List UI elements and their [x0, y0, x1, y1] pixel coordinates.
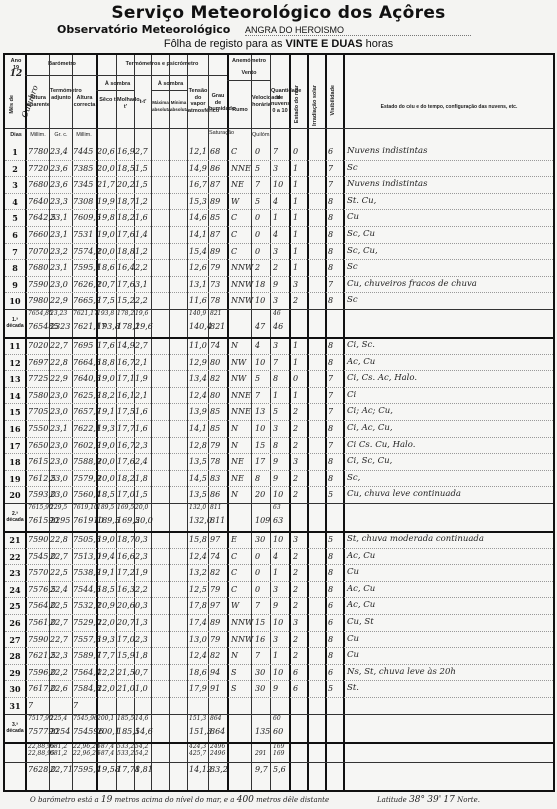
- day-number: 16: [5, 424, 25, 434]
- cell-vel: 10: [255, 358, 265, 367]
- decade-sum: 193,8: [97, 310, 114, 317]
- row-divider: [5, 209, 553, 210]
- cell-molh: 16,3: [117, 585, 135, 594]
- cell-vel: 0: [255, 552, 260, 561]
- cell-vis: 8: [328, 247, 333, 256]
- cell-alt_ap: 7550: [28, 424, 48, 433]
- decade-mean: 63: [273, 516, 283, 525]
- cell-tensao: 14,6: [189, 213, 207, 222]
- cell-rumo: C: [231, 552, 237, 561]
- cell-molh: 17,1: [117, 374, 135, 383]
- cell-term: 23,0: [50, 407, 68, 416]
- cell-diff: 2,3: [135, 552, 148, 561]
- cell-vel: 5: [255, 374, 260, 383]
- cell-mar: 1: [293, 164, 298, 173]
- decade-sum: 20,0: [135, 504, 148, 511]
- cell-vis: 8: [328, 197, 333, 206]
- cell-mar: 3: [293, 280, 298, 289]
- cell-vel: 0: [255, 147, 260, 156]
- cell-nuv: 9: [273, 474, 278, 483]
- unit-1: Millim.: [27, 132, 49, 139]
- cell-rumo: N: [231, 441, 238, 450]
- cell-rumo: NW: [231, 374, 246, 383]
- sky-remark: Ci, Ac, Cu,: [347, 423, 393, 433]
- cell-term: 22,8: [50, 358, 68, 367]
- cell-molh: 16,1: [117, 391, 135, 400]
- total-sum: 54,2: [135, 743, 148, 750]
- col-visibilidade: Visibilidade: [330, 85, 336, 115]
- decade-sum: 23,23: [50, 310, 67, 317]
- cell-rumo: C: [231, 213, 237, 222]
- cell-vel: 10: [255, 296, 265, 305]
- decade-sum: 7545,96: [73, 715, 98, 722]
- cell-vel: 13: [255, 407, 265, 416]
- cell-nuv: 3: [273, 341, 278, 350]
- cell-molh: 20,7: [117, 618, 135, 627]
- row-divider: [5, 762, 553, 763]
- cell-mar: 1: [293, 213, 298, 222]
- cell-vis: 7: [328, 180, 333, 189]
- cell-diff: 2,2: [135, 296, 148, 305]
- cell-term: 22,5: [50, 568, 68, 577]
- sky-remark: Ac, Cu: [347, 600, 375, 610]
- cell-tensao: 15,4: [189, 247, 207, 256]
- cell-tensao: 11,0: [189, 341, 207, 350]
- sky-remark: Sc,: [347, 473, 360, 483]
- cell-seco: 19,4: [97, 552, 115, 561]
- cell-vis: 7: [328, 280, 333, 289]
- cell-mar: 2: [293, 585, 298, 594]
- register-table: Ano 19 12 Barómetro Termómetros e psicró…: [3, 53, 555, 792]
- header-divider: [5, 128, 553, 129]
- cell-vel: 30: [255, 535, 265, 544]
- cell-vis: 6: [328, 601, 333, 610]
- row-divider: [5, 176, 553, 177]
- sky-remark: Nuvens indistintas: [347, 179, 427, 189]
- cell-mar: 2: [293, 490, 298, 499]
- cell-nuv: 7: [273, 358, 278, 367]
- sky-remark: Sc: [347, 163, 358, 173]
- anemometer-heading: Anemómetro: [229, 58, 269, 65]
- cell-nuv: 5: [273, 407, 278, 416]
- row-divider: [5, 470, 553, 471]
- decade-sum: 189,5: [97, 504, 114, 511]
- cell-humid: 73: [210, 280, 220, 289]
- cell-diff: 2,7: [135, 147, 148, 156]
- cell-rumo: E: [231, 535, 237, 544]
- decade-sum: 60: [273, 715, 281, 722]
- cell-vel: 7: [255, 651, 260, 660]
- cell-humid: 87: [210, 230, 220, 239]
- total-sum-2: 533,2: [117, 750, 134, 757]
- cell-molh: 20,6: [117, 601, 135, 610]
- cell-tensao: 14,9: [189, 164, 207, 173]
- cell-rumo: NNW: [231, 296, 253, 305]
- cell-mar: 1: [293, 230, 298, 239]
- cell-vis: 5: [328, 535, 333, 544]
- cell-seco: 19,3: [97, 424, 115, 433]
- cell-rumo: N: [231, 490, 238, 499]
- cell-molh: 21,5: [117, 668, 135, 677]
- cell-diff: 2,2: [135, 263, 148, 272]
- cell-alt_corr: 7695: [73, 341, 93, 350]
- cell-diff: 2,3: [135, 441, 148, 450]
- cell-humid: 97: [210, 601, 220, 610]
- day-number: 7: [5, 247, 25, 257]
- row-divider: [5, 564, 553, 565]
- cell-seco: 20,0: [97, 457, 115, 466]
- sky-remark: Nuvens indistintas: [347, 146, 427, 156]
- total-sum-2: 681,2: [50, 750, 67, 757]
- cell-molh: 21,0: [117, 684, 135, 693]
- total-sum-2: 22,96,25: [73, 750, 100, 757]
- day-number: 17: [5, 441, 25, 451]
- row-divider: [5, 680, 553, 681]
- total-sum: 2496: [210, 743, 225, 750]
- cell-nuv: 4: [273, 552, 278, 561]
- cell-molh: 17,7: [117, 424, 135, 433]
- cell-tensao: 12,5: [189, 585, 207, 594]
- cell-vel: 5: [255, 197, 260, 206]
- cell-rumo: C: [231, 230, 237, 239]
- cell-tensao: 15,3: [189, 197, 207, 206]
- cell-vel: 18: [255, 280, 265, 289]
- sky-remark: St. Cu,: [347, 196, 376, 206]
- cell-nuv: 10: [273, 668, 283, 677]
- total-sum: 587,4: [97, 743, 114, 750]
- decade-mean: 109: [255, 516, 270, 525]
- sky-remark: Cu, chuva leve continuada: [347, 489, 461, 499]
- cell-vis: 7: [328, 164, 333, 173]
- cell-tensao: 18,6: [189, 668, 207, 677]
- barometer-heading: Barómetro: [27, 61, 97, 68]
- cell-term: 22,3: [50, 651, 68, 660]
- cell-humid: 86: [210, 490, 220, 499]
- day-number: 29: [5, 668, 25, 678]
- cell-term: 23,6: [50, 164, 68, 173]
- cell-vel: 7: [255, 180, 260, 189]
- cell-nuv: 9: [273, 684, 278, 693]
- cell-alt_ap: 7780: [28, 147, 48, 156]
- cell-nuv: 10: [273, 180, 283, 189]
- cell-seco: 20,7: [97, 280, 115, 289]
- sky-remark: Ac, Cu: [347, 584, 375, 594]
- sheet-hour: VINTE E DUAS: [286, 38, 363, 50]
- total-sum-2: 2496: [210, 750, 225, 757]
- col-estado-mar: Estado do mar: [294, 85, 300, 123]
- cell-vis: 8: [328, 213, 333, 222]
- row-divider: [5, 403, 553, 404]
- col-t-diff: t-t': [135, 99, 151, 106]
- sky-remark: Cu, chuveiros fracos de chuva: [347, 279, 477, 289]
- cell-diff: 1,9: [135, 568, 148, 577]
- total-sum: 424,3: [189, 743, 206, 750]
- cell-mar: 1: [293, 180, 298, 189]
- cell-mar: 1: [293, 358, 298, 367]
- decade-sum: 19,6: [135, 310, 148, 317]
- monthly-mean: 14,12: [189, 765, 212, 774]
- cell-vel: 7: [255, 391, 260, 400]
- cell-alt_ap: 7980: [28, 296, 48, 305]
- col-grau-humidade: Grau de humidade: [209, 93, 227, 113]
- header-divider: [96, 90, 134, 91]
- cell-tensao: 12,6: [189, 263, 207, 272]
- shade-heading-1: À sombra: [100, 81, 135, 88]
- day-number: 4: [5, 197, 25, 207]
- cell-diff: 2,1: [135, 391, 148, 400]
- cell-nuv: 4: [273, 197, 278, 206]
- cell-rumo: NNW: [231, 263, 253, 272]
- cell-term: 23,1: [50, 263, 68, 272]
- sky-remark: St, chuva moderada continuada: [347, 534, 484, 544]
- sheet-title: Fôlha de registo para as VINTE E DUAS ho…: [0, 38, 557, 50]
- cell-nuv: 7: [273, 147, 278, 156]
- cell-vel: 8: [255, 474, 260, 483]
- header-divider: [227, 80, 271, 81]
- cell-alt_ap: 7615: [28, 457, 48, 466]
- day-number: 25: [5, 601, 25, 611]
- decade-sum: 46: [273, 310, 281, 317]
- cell-term: 22,4: [50, 585, 68, 594]
- service-title: Serviço Meteorológico dos Açôres: [0, 3, 557, 23]
- day-number: 1: [5, 147, 25, 157]
- cell-vis: 6: [328, 618, 333, 627]
- row-divider: [5, 420, 553, 421]
- cell-alt_ap: 7680: [28, 180, 48, 189]
- col-velocidade: Velocidade horária: [252, 95, 271, 108]
- cell-nuv: 9: [273, 601, 278, 610]
- cell-vel: 15: [255, 441, 265, 450]
- cell-alt_ap: 7725: [28, 374, 48, 383]
- day-number: 22: [5, 552, 25, 562]
- cell-vel: 17: [255, 457, 265, 466]
- decade-mean: 14,6: [135, 727, 153, 736]
- cell-tensao: 13,5: [189, 490, 207, 499]
- cell-seco: 20,0: [97, 247, 115, 256]
- cell-rumo: NE: [231, 457, 244, 466]
- cell-vis: 7: [328, 441, 333, 450]
- decade-label: 2.ª década: [5, 511, 25, 523]
- cell-seco: 19,3: [97, 635, 115, 644]
- header-divider: [151, 90, 187, 91]
- barometer-note: O barómetro está a 19 metros acima do ní…: [30, 795, 329, 805]
- cell-mar: 1: [293, 197, 298, 206]
- monthly-mean: 1,81: [135, 765, 153, 774]
- cell-vis: 8: [328, 457, 333, 466]
- cell-alt_ap: 7590: [28, 535, 48, 544]
- cell-molh: 18,2: [117, 213, 135, 222]
- row-divider: [5, 370, 553, 371]
- cell-mar: 1: [293, 391, 298, 400]
- cell-diff: 3,1: [135, 280, 148, 289]
- day-number: 3: [5, 180, 25, 190]
- day-number: 5: [5, 213, 25, 223]
- cell-mar: 3: [293, 457, 298, 466]
- cell-mar: 1: [293, 263, 298, 272]
- cell-term: 22,7: [50, 618, 68, 627]
- cell-molh: 17,6: [117, 457, 135, 466]
- cell-vis: 8: [328, 474, 333, 483]
- cell-molh: 16,6: [117, 552, 135, 561]
- cell-seco: 19,0: [97, 230, 115, 239]
- cell-nuv: 3: [273, 424, 278, 433]
- cell-seco: 18,6: [97, 263, 115, 272]
- cell-diff: 1,8: [135, 651, 148, 660]
- cell-diff: 0,7: [135, 668, 148, 677]
- cell-humid: 74: [210, 341, 220, 350]
- cell-molh: 17,6: [117, 230, 135, 239]
- monthly-mean: 83,2: [210, 765, 228, 774]
- decade-sum: 811: [210, 504, 221, 511]
- decade-label: 3.ª década: [5, 722, 25, 734]
- cell-rumo: C: [231, 568, 237, 577]
- cell-mar: 2: [293, 296, 298, 305]
- cell-vis: 8: [328, 568, 333, 577]
- decade-sum: 225,4: [50, 715, 67, 722]
- cell-nuv: 8: [273, 441, 278, 450]
- cell-humid: 78: [210, 457, 220, 466]
- day-number: 2: [5, 164, 25, 174]
- cell-rumo: C: [231, 247, 237, 256]
- cell-tensao: 13,2: [189, 568, 207, 577]
- cell-seco: 19,1: [97, 407, 115, 416]
- cell-diff: 1,5: [135, 164, 148, 173]
- cell-diff: 0,3: [135, 535, 148, 544]
- unit-quilom: Quilóm.: [252, 132, 271, 139]
- cell-humid: 68: [210, 147, 220, 156]
- day-number: 19: [5, 474, 25, 484]
- row-divider: [5, 243, 553, 244]
- cell-rumo: NNW: [231, 635, 253, 644]
- cell-vis: 7: [328, 391, 333, 400]
- observatory-name: ANGRA DO HEROISMO: [245, 25, 471, 36]
- sky-remark: Cu: [347, 650, 359, 660]
- cell-molh: 17,2: [117, 568, 135, 577]
- cell-humid: 85: [210, 213, 220, 222]
- cell-vis: 8: [328, 341, 333, 350]
- col-rumo: Rumo: [229, 107, 251, 114]
- day-number: 27: [5, 635, 25, 645]
- cell-humid: 87: [210, 180, 220, 189]
- cell-diff: 1,8: [135, 474, 148, 483]
- cell-seco: 18,5: [97, 585, 115, 594]
- decade-mean: 20,0: [135, 516, 153, 525]
- cell-mar: 2: [293, 651, 298, 660]
- cell-tensao: 13,9: [189, 407, 207, 416]
- cell-molh: 18,7: [117, 197, 135, 206]
- sky-remark: Ci; Ac; Cu,: [347, 406, 393, 416]
- cell-alt_corr: 7531: [73, 230, 93, 239]
- sky-remark: Sc, Cu: [347, 229, 375, 239]
- unit-2: Gr. c.: [50, 132, 72, 139]
- cell-vel: 7: [255, 601, 260, 610]
- cell-mar: 1: [293, 247, 298, 256]
- cell-mar: 2: [293, 474, 298, 483]
- cell-vis: 8: [328, 635, 333, 644]
- sheet-prefix: Fôlha de registo para as: [164, 38, 283, 50]
- sky-remark: Ci, Sc.: [347, 340, 375, 350]
- col-estado-ceu: Estado do céu e do tempo, configuração d…: [345, 104, 553, 111]
- decade-mean: 2254: [50, 727, 70, 736]
- cell-vel: 0: [255, 213, 260, 222]
- cell-term: 23,1: [50, 213, 68, 222]
- row-divider: [5, 453, 553, 454]
- monthly-mean: 22,71: [50, 765, 73, 774]
- day-number: 18: [5, 457, 25, 467]
- decade-mean: 46: [273, 322, 283, 331]
- cell-tensao: 11,6: [189, 296, 207, 305]
- sky-remark: Cu, St: [347, 617, 374, 627]
- cell-alt_ap: 7720: [28, 164, 48, 173]
- cell-alt_corr: 7345: [73, 180, 93, 189]
- decade-mean: 140,4: [189, 322, 212, 331]
- col-maxima: Máxima absoluta: [152, 100, 169, 113]
- day-number: 26: [5, 618, 25, 628]
- cell-alt_corr: 7: [73, 701, 78, 710]
- sky-remark: Sc: [347, 262, 358, 272]
- col-seco: Sêco t: [99, 97, 116, 104]
- cell-alt_ap: 7697: [28, 358, 48, 367]
- sky-remark: Ac, Cu: [347, 551, 375, 561]
- cell-rumo: NW: [231, 358, 246, 367]
- cell-term: 23,3: [50, 197, 68, 206]
- cell-nuv: 10: [273, 618, 283, 627]
- cell-seco: 22,0: [97, 618, 115, 627]
- cell-term: 23,2: [50, 247, 68, 256]
- cell-humid: 82: [210, 374, 220, 383]
- cell-tensao: 14,5: [189, 474, 207, 483]
- observatory-label: Observatório Meteorológico: [57, 23, 230, 36]
- cell-diff: 1,9: [135, 374, 148, 383]
- cell-tensao: 12,4: [189, 391, 207, 400]
- cell-rumo: N: [231, 651, 238, 660]
- row-divider: [5, 437, 553, 438]
- row-divider: [5, 486, 553, 487]
- cell-molh: 15,9: [117, 651, 135, 660]
- row-divider: [5, 354, 553, 355]
- col-tensao: Tensão do vapor atmosférico: [188, 88, 208, 114]
- decade-sum: 14,6: [135, 715, 148, 722]
- cell-humid: 83: [210, 474, 220, 483]
- cell-nuv: 2: [273, 263, 278, 272]
- day-number: 8: [5, 263, 25, 273]
- cell-alt_ap: 7580: [28, 391, 48, 400]
- cell-term: 23,0: [50, 457, 68, 466]
- decade-sum: 178,2: [117, 310, 134, 317]
- cell-vel: 5: [255, 164, 260, 173]
- cell-seco: 19,8: [97, 213, 115, 222]
- day-number: 6: [5, 230, 25, 240]
- decade-mean: 47: [255, 322, 265, 331]
- cell-rumo: NNE: [231, 407, 251, 416]
- cell-tensao: 13,5: [189, 457, 207, 466]
- cell-nuv: 3: [273, 164, 278, 173]
- barometer-distance: 400: [237, 795, 254, 805]
- cell-humid: 79: [210, 441, 220, 450]
- cell-seco: 20,0: [97, 474, 115, 483]
- cell-molh: 17,0: [117, 635, 135, 644]
- sky-remark: Sc: [347, 295, 358, 305]
- cell-diff: 1,6: [135, 213, 148, 222]
- decade-sum: 7621,17: [73, 310, 98, 317]
- row-divider: [5, 160, 553, 161]
- col-molhado: Molhado t': [117, 97, 134, 110]
- monthly-mean: 5,6: [273, 765, 286, 774]
- sky-remark: Cu: [347, 567, 359, 577]
- cell-alt_ap: 7640: [28, 197, 48, 206]
- cell-alt_ap: 7590: [28, 635, 48, 644]
- row-divider: [5, 337, 553, 339]
